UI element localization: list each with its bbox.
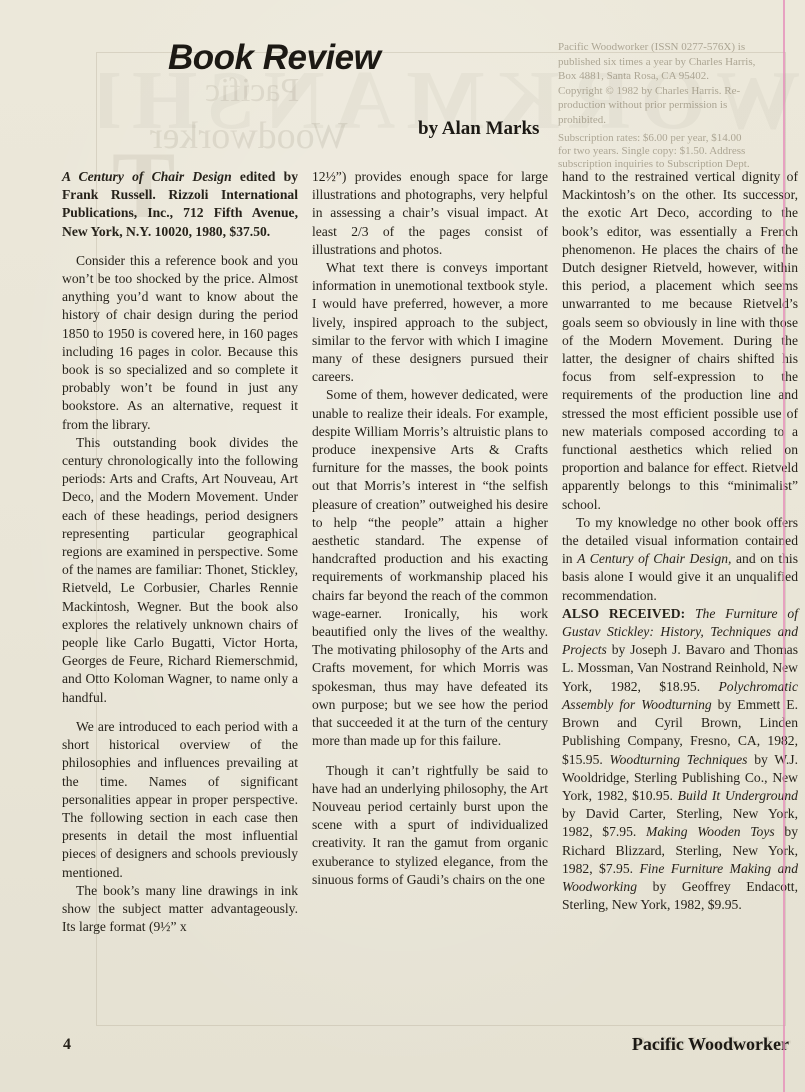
text-run: hand to the restrained vertical dignity … [562, 169, 798, 512]
paragraph: Though it can’t rightfully be said to ha… [312, 762, 548, 889]
paragraph: Some of them, however dedicated, were un… [312, 386, 548, 750]
ghost-text-line: published six times a year by Charles Ha… [558, 55, 796, 70]
text-run: A Century of Chair Design, [577, 551, 731, 566]
text-run: 12½”) provides enough space for large il… [312, 169, 548, 257]
ghost-text-line: Pacific Woodworker (ISSN 0277-576X) is [558, 40, 796, 55]
byline: by Alan Marks [418, 118, 539, 140]
article-columns: A Century of Chair Design edited by Fran… [62, 168, 798, 1028]
ghost-text-line: for two years. Single copy: $1.50. Addre… [558, 145, 796, 158]
ghost-subscription-info: Subscription rates: $6.00 per year, $14.… [558, 132, 796, 171]
scan-artifact-line [783, 0, 785, 1092]
ghost-text-line: Box 4881, Santa Rosa, CA 95402. [558, 69, 796, 84]
ghost-masthead-info: Pacific Woodworker (ISSN 0277-576X) ispu… [558, 40, 796, 127]
ghost-text-line: production without prior permission is [558, 98, 796, 113]
paragraph: hand to the restrained vertical dignity … [562, 168, 798, 514]
paragraph: The book’s many line drawings in ink sho… [62, 882, 298, 937]
paragraph: To my knowledge no other book offers the… [562, 514, 798, 605]
page-number: 4 [63, 1036, 71, 1054]
paragraph: This outstanding book divides the centur… [62, 434, 298, 707]
text-run: Woodturning Techniques [610, 752, 748, 767]
text-run: Build It Underground [678, 788, 798, 803]
text-run: Some of them, however dedicated, were un… [312, 387, 548, 748]
magazine-name: Pacific Woodworker [632, 1034, 789, 1055]
paragraph: A Century of Chair Design edited by Fran… [62, 168, 298, 241]
paragraph: ALSO RECEIVED: The Furniture of Gustav S… [562, 605, 798, 914]
column-3: hand to the restrained vertical dignity … [562, 168, 798, 1028]
paragraph: Consider this a reference book and you w… [62, 252, 298, 434]
ghost-woodworker-text: Woodworker [150, 114, 347, 158]
paragraph: We are introduced to each period with a … [62, 718, 298, 882]
text-run: ALSO RECEIVED: [562, 606, 695, 621]
page-title: Book Review [168, 38, 380, 78]
text-run: Though it can’t rightfully be said to ha… [312, 763, 548, 887]
text-run: We are introduced to each period with a … [62, 719, 298, 880]
text-run: Making Wooden Toys [646, 824, 775, 839]
ghost-text-line: Copyright © 1982 by Charles Harris. Re- [558, 84, 796, 99]
text-run: A Century of Chair Design [62, 169, 232, 184]
paragraph: What text there is conveys important inf… [312, 259, 548, 386]
ghost-text-line: prohibited. [558, 113, 796, 128]
paragraph: 12½”) provides enough space for large il… [312, 168, 548, 259]
text-run: This outstanding book divides the centur… [62, 435, 298, 705]
ghost-text-line: Subscription rates: $6.00 per year, $14.… [558, 132, 796, 145]
column-1: A Century of Chair Design edited by Fran… [62, 168, 298, 1028]
magazine-page: WORKMANSHIP Pacific Woodworker T Pacific… [0, 0, 805, 1092]
text-run: The book’s many line drawings in ink sho… [62, 883, 298, 934]
text-run: Consider this a reference book and you w… [62, 253, 298, 432]
column-2: 12½”) provides enough space for large il… [312, 168, 548, 1028]
text-run: What text there is conveys important inf… [312, 260, 548, 384]
